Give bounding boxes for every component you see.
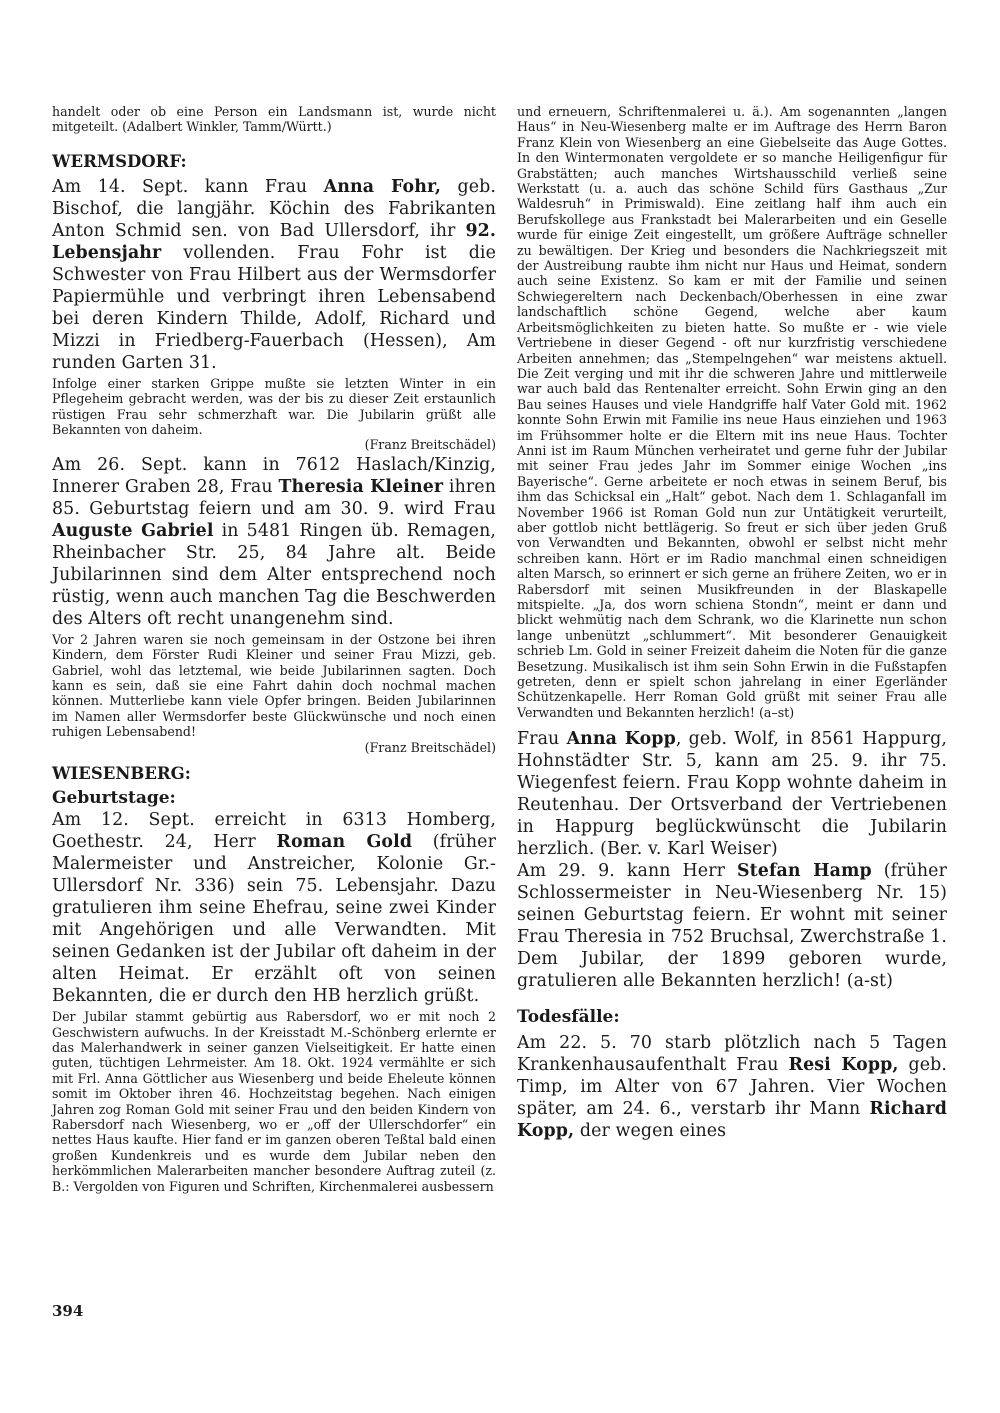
intro-paragraph: handelt oder ob eine Person ein Landsman…	[52, 104, 496, 135]
deaths-paragraph: Am 22. 5. 70 starb plötzlich nach 5 Tage…	[517, 1032, 947, 1142]
gold-continued-paragraph: und erneuern, Schriftenmalerei u. ä.). A…	[517, 104, 947, 720]
text: Frau	[517, 729, 567, 749]
person-name: Resi Kopp,	[789, 1055, 899, 1075]
page-number: 394	[52, 1302, 83, 1320]
text: der wegen eines	[574, 1121, 726, 1141]
kopp-paragraph: Frau Anna Kopp, geb. Wolf, in 8561 Happu…	[517, 728, 947, 860]
person-name: Auguste Gabriel	[52, 521, 214, 541]
subheading-deaths: Todesfälle:	[517, 1006, 947, 1028]
wermsdorf-paragraph-2: Am 26. Sept. kann in 7612 Haslach/Kinzig…	[52, 454, 496, 630]
wermsdorf-note-1: Infolge einer starken Grippe mußte sie l…	[52, 376, 496, 438]
person-name: Roman Gold	[276, 832, 412, 852]
person-name: Anna Fohr,	[324, 177, 441, 197]
section-heading-wermsdorf: WERMSDORF:	[52, 151, 496, 173]
text: Am 29. 9. kann Herr	[517, 861, 737, 881]
left-column: handelt oder ob eine Person ein Landsman…	[52, 104, 496, 1194]
text: (früher Malermeister und Anstreicher, Ko…	[52, 832, 496, 1006]
person-name: Theresia Kleiner	[278, 477, 443, 497]
wermsdorf-paragraph-1: Am 14. Sept. kann Frau Anna Fohr, geb. B…	[52, 176, 496, 374]
author-credit: (Franz Breitschädel)	[52, 437, 496, 452]
wermsdorf-note-2: Vor 2 Jahren waren sie noch gemeinsam in…	[52, 632, 496, 740]
person-name: Anna Kopp	[567, 729, 676, 749]
subheading-birthdays: Geburtstage:	[52, 787, 496, 809]
hamp-paragraph: Am 29. 9. kann Herr Stefan Hamp (früher …	[517, 860, 947, 992]
author-credit: (Franz Breitschädel)	[52, 740, 496, 755]
wiesenberg-paragraph-1: Am 12. Sept. erreicht in 6313 Homberg, G…	[52, 809, 496, 1007]
person-name: Stefan Hamp	[737, 861, 872, 881]
section-heading-wiesenberg: WIESENBERG:	[52, 763, 496, 785]
wiesenberg-note-1: Der Jubilar stammt gebürtig aus Rabersdo…	[52, 1009, 496, 1194]
text: Am 14. Sept. kann Frau	[52, 177, 324, 197]
right-column: und erneuern, Schriftenmalerei u. ä.). A…	[517, 104, 947, 1142]
